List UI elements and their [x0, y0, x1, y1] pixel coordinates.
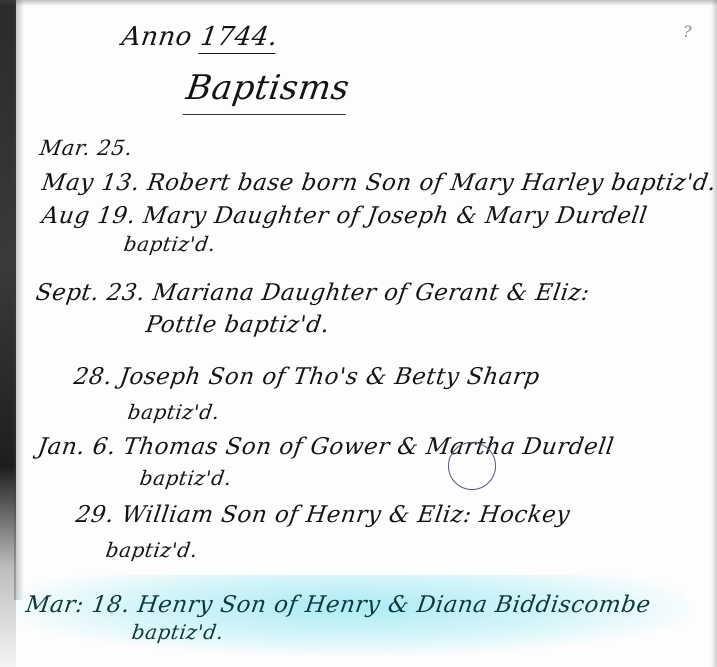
entry-date: Mar: 18.	[24, 592, 132, 618]
entry-date: 29.	[74, 502, 116, 528]
entry-text: Robert base born Son of Mary Harley bapt…	[146, 170, 717, 196]
gutter-shadow	[14, 0, 24, 600]
entry-continuation: baptiz'd.	[104, 538, 199, 562]
entry-row: Aug 19. Mary Daughter of Joseph & Mary D…	[40, 203, 649, 229]
entry-date: Aug 19.	[40, 203, 137, 229]
register-page: ? Anno 1744. Baptisms Mar. 25. May 13. R…	[0, 0, 717, 667]
entry-continuation: baptiz'd.	[130, 620, 225, 644]
entry-text: William Son of Henry & Eliz: Hockey	[120, 502, 572, 528]
entry-date: May 13.	[40, 170, 141, 196]
entry-text: Mariana Daughter of Gerant & Eliz:	[151, 280, 591, 306]
entry-date: Jan. 6.	[36, 434, 117, 460]
entry-text: Thomas Son of Gower & Martha Durdell	[122, 434, 616, 460]
start-date: Mar. 25.	[38, 136, 134, 160]
entry-row: 28. Joseph Son of Tho's & Betty Sharp	[72, 364, 541, 390]
top-edge-shadow	[0, 0, 717, 6]
entry-row: Sept. 23. Mariana Daughter of Gerant & E…	[34, 280, 591, 306]
anno-label: Anno	[120, 22, 194, 52]
entry-continuation: Pottle baptiz'd.	[144, 312, 331, 338]
entry-row: 29. William Son of Henry & Eliz: Hockey	[74, 502, 572, 528]
entry-text: Joseph Son of Tho's & Betty Sharp	[118, 364, 541, 390]
right-edge-shadow	[711, 0, 717, 667]
entry-date: 28.	[72, 364, 114, 390]
corner-mark: ?	[683, 22, 692, 41]
entry-continuation: baptiz'd.	[138, 466, 233, 490]
section-title: Baptisms	[183, 68, 352, 115]
entry-text: Henry Son of Henry & Diana Biddiscombe	[136, 592, 652, 618]
entry-row: May 13. Robert base born Son of Mary Har…	[40, 170, 717, 196]
entry-text: Mary Daughter of Joseph & Mary Durdell	[142, 203, 650, 229]
entry-date: Sept. 23.	[34, 280, 147, 306]
entry-row: Jan. 6. Thomas Son of Gower & Martha Dur…	[36, 434, 616, 460]
entry-row-highlighted[interactable]: Mar: 18. Henry Son of Henry & Diana Bidd…	[24, 592, 652, 618]
year: 1744.	[199, 22, 280, 52]
entry-continuation: baptiz'd.	[122, 232, 217, 256]
cursor-ring-icon	[448, 442, 496, 490]
entry-continuation: baptiz'd.	[126, 400, 221, 424]
heading-anno: Anno 1744.	[120, 22, 280, 52]
